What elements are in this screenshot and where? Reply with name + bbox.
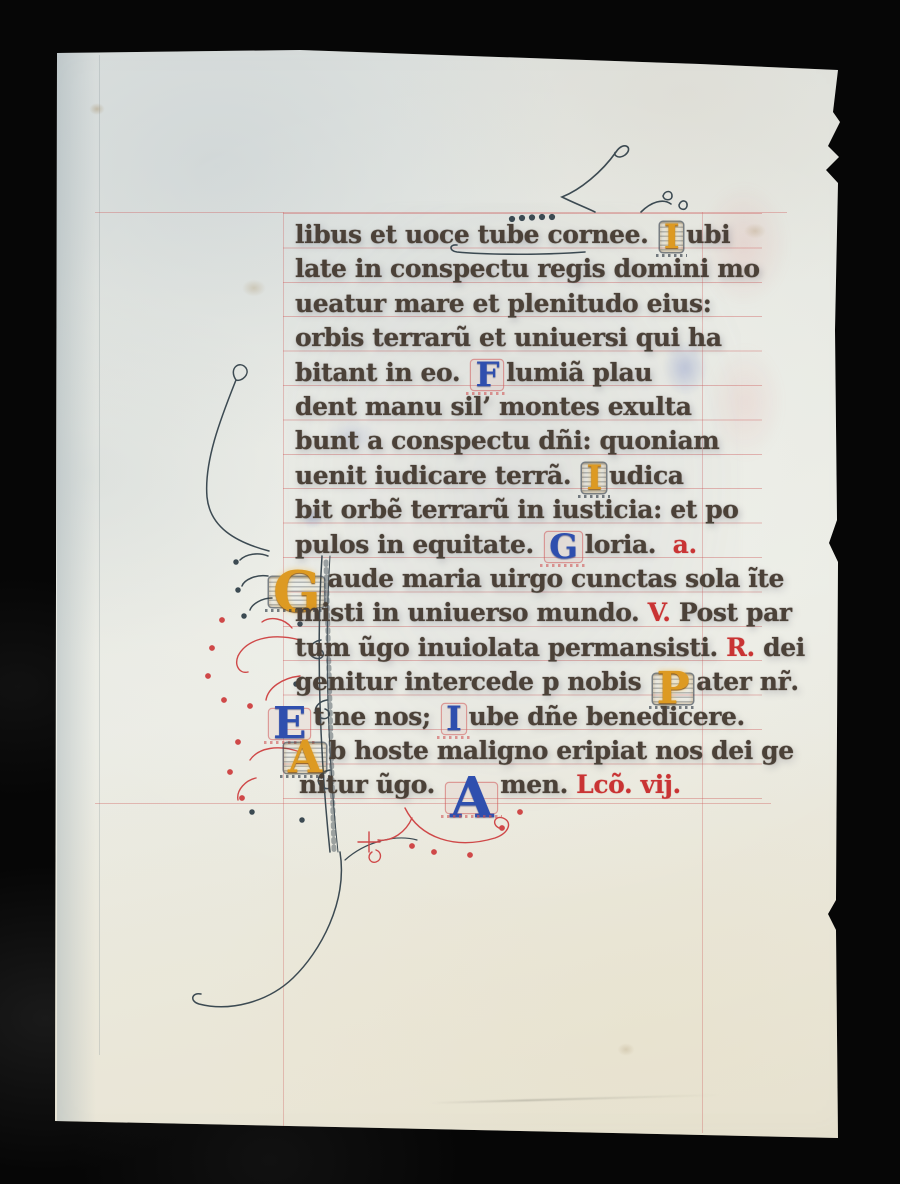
text-run: nitur ũgo. — [299, 770, 443, 799]
text-run: ube dñe benedicere. — [469, 702, 745, 731]
manuscript-text-line: bit orbẽ terrarũ in iusticia: et po — [295, 493, 739, 528]
blue-illuminated-initial: I — [442, 704, 466, 734]
text-run: dent manu sil’ montes exulta — [295, 392, 692, 421]
manuscript-text-line: bitant in eo. Flumiã plau — [295, 356, 652, 391]
manuscript-text-line: tum ũgo inuiolata permansisti. R. dei — [295, 631, 805, 666]
text-run: uenit iudicare terrã. — [295, 461, 579, 490]
blue-illuminated-initial: A — [446, 783, 497, 813]
text-run: udica — [609, 461, 684, 490]
manuscript-text-line: dent manu sil’ montes exulta — [295, 390, 692, 425]
manuscript-text-line: misti in uniuerso mundo. V. Post par — [295, 596, 792, 631]
text-block: libus et uoce tube cornee. Iubilate in c… — [0, 0, 900, 1184]
text-run: men. — [500, 770, 568, 799]
text-run: ater nr̃. — [696, 667, 798, 696]
manuscript-text-line: uenit iudicare terrã. Iudica — [295, 459, 684, 494]
text-run: b hoste maligno eripiat nos dei ge — [329, 736, 794, 765]
gold-illuminated-initial: I — [660, 222, 684, 252]
text-run: lumiã plau — [506, 358, 652, 387]
rubric-run: Lcõ. vij. — [568, 770, 681, 799]
corner-stain — [806, 18, 850, 70]
manuscript-text-line: bunt a conspectu dñi: quoniam — [295, 424, 719, 459]
blue-illuminated-initial: G — [545, 532, 582, 562]
manuscript-text-line: Gaude maria uirgo cunctas sola ĩte — [266, 562, 784, 597]
text-run: orbis terrarũ et uniuersi qui ha — [295, 323, 722, 352]
manuscript-text-line: libus et uoce tube cornee. Iubi — [295, 218, 730, 253]
text-run: dei — [755, 633, 805, 662]
manuscript-text-line: orbis terrarũ et uniuersi qui ha — [295, 321, 722, 356]
text-run: bit orbẽ terrarũ in iusticia: et po — [295, 495, 739, 524]
text-run: misti in uniuerso mundo. — [295, 598, 648, 627]
manuscript-text-line: pulos in equitate. Gloria. a. — [295, 528, 697, 563]
manuscript-text-line: Et ne nos; Iube dñe benedicere. — [266, 700, 745, 735]
rubric-run: a. — [656, 530, 697, 559]
text-run: t ne nos; — [313, 702, 439, 731]
text-run: aude maria uirgo cunctas sola ĩte — [327, 564, 784, 593]
text-run: loria. — [585, 530, 656, 559]
text-run: libus et uoce tube cornee. — [295, 220, 657, 249]
text-run: ubi — [686, 220, 730, 249]
manuscript-text-line: nitur ũgo. Amen. Lcõ. vij. — [299, 768, 681, 803]
text-run: pulos in equitate. — [295, 530, 542, 559]
gold-illuminated-initial: I — [582, 463, 606, 493]
text-run: bunt a conspectu dñi: quoniam — [295, 426, 719, 455]
text-run: Post par — [671, 598, 792, 627]
text-run: ueatur mare et plenitudo eius: — [295, 289, 712, 318]
text-run: late in conspectu regis domini mo — [295, 254, 760, 283]
text-run: tum ũgo inuiolata permansisti. — [295, 633, 726, 662]
manuscript-leaf: libus et uoce tube cornee. Iubilate in c… — [0, 0, 900, 1184]
rubric-run: V. — [648, 598, 671, 627]
manuscript-text-line: late in conspectu regis domini mo — [295, 252, 760, 287]
manuscript-text-line: genitur intercede p nobis Pater nr̃. — [295, 665, 799, 700]
photo-background: libus et uoce tube cornee. Iubilate in c… — [0, 0, 900, 1184]
blue-illuminated-initial: F — [471, 360, 503, 390]
manuscript-text-line: ueatur mare et plenitudo eius: — [295, 287, 712, 322]
manuscript-text-line: Ab hoste maligno eripiat nos dei ge — [281, 734, 794, 769]
text-run: genitur intercede p nobis — [295, 667, 650, 696]
rubric-run: R. — [726, 633, 755, 662]
text-run: bitant in eo. — [295, 358, 468, 387]
